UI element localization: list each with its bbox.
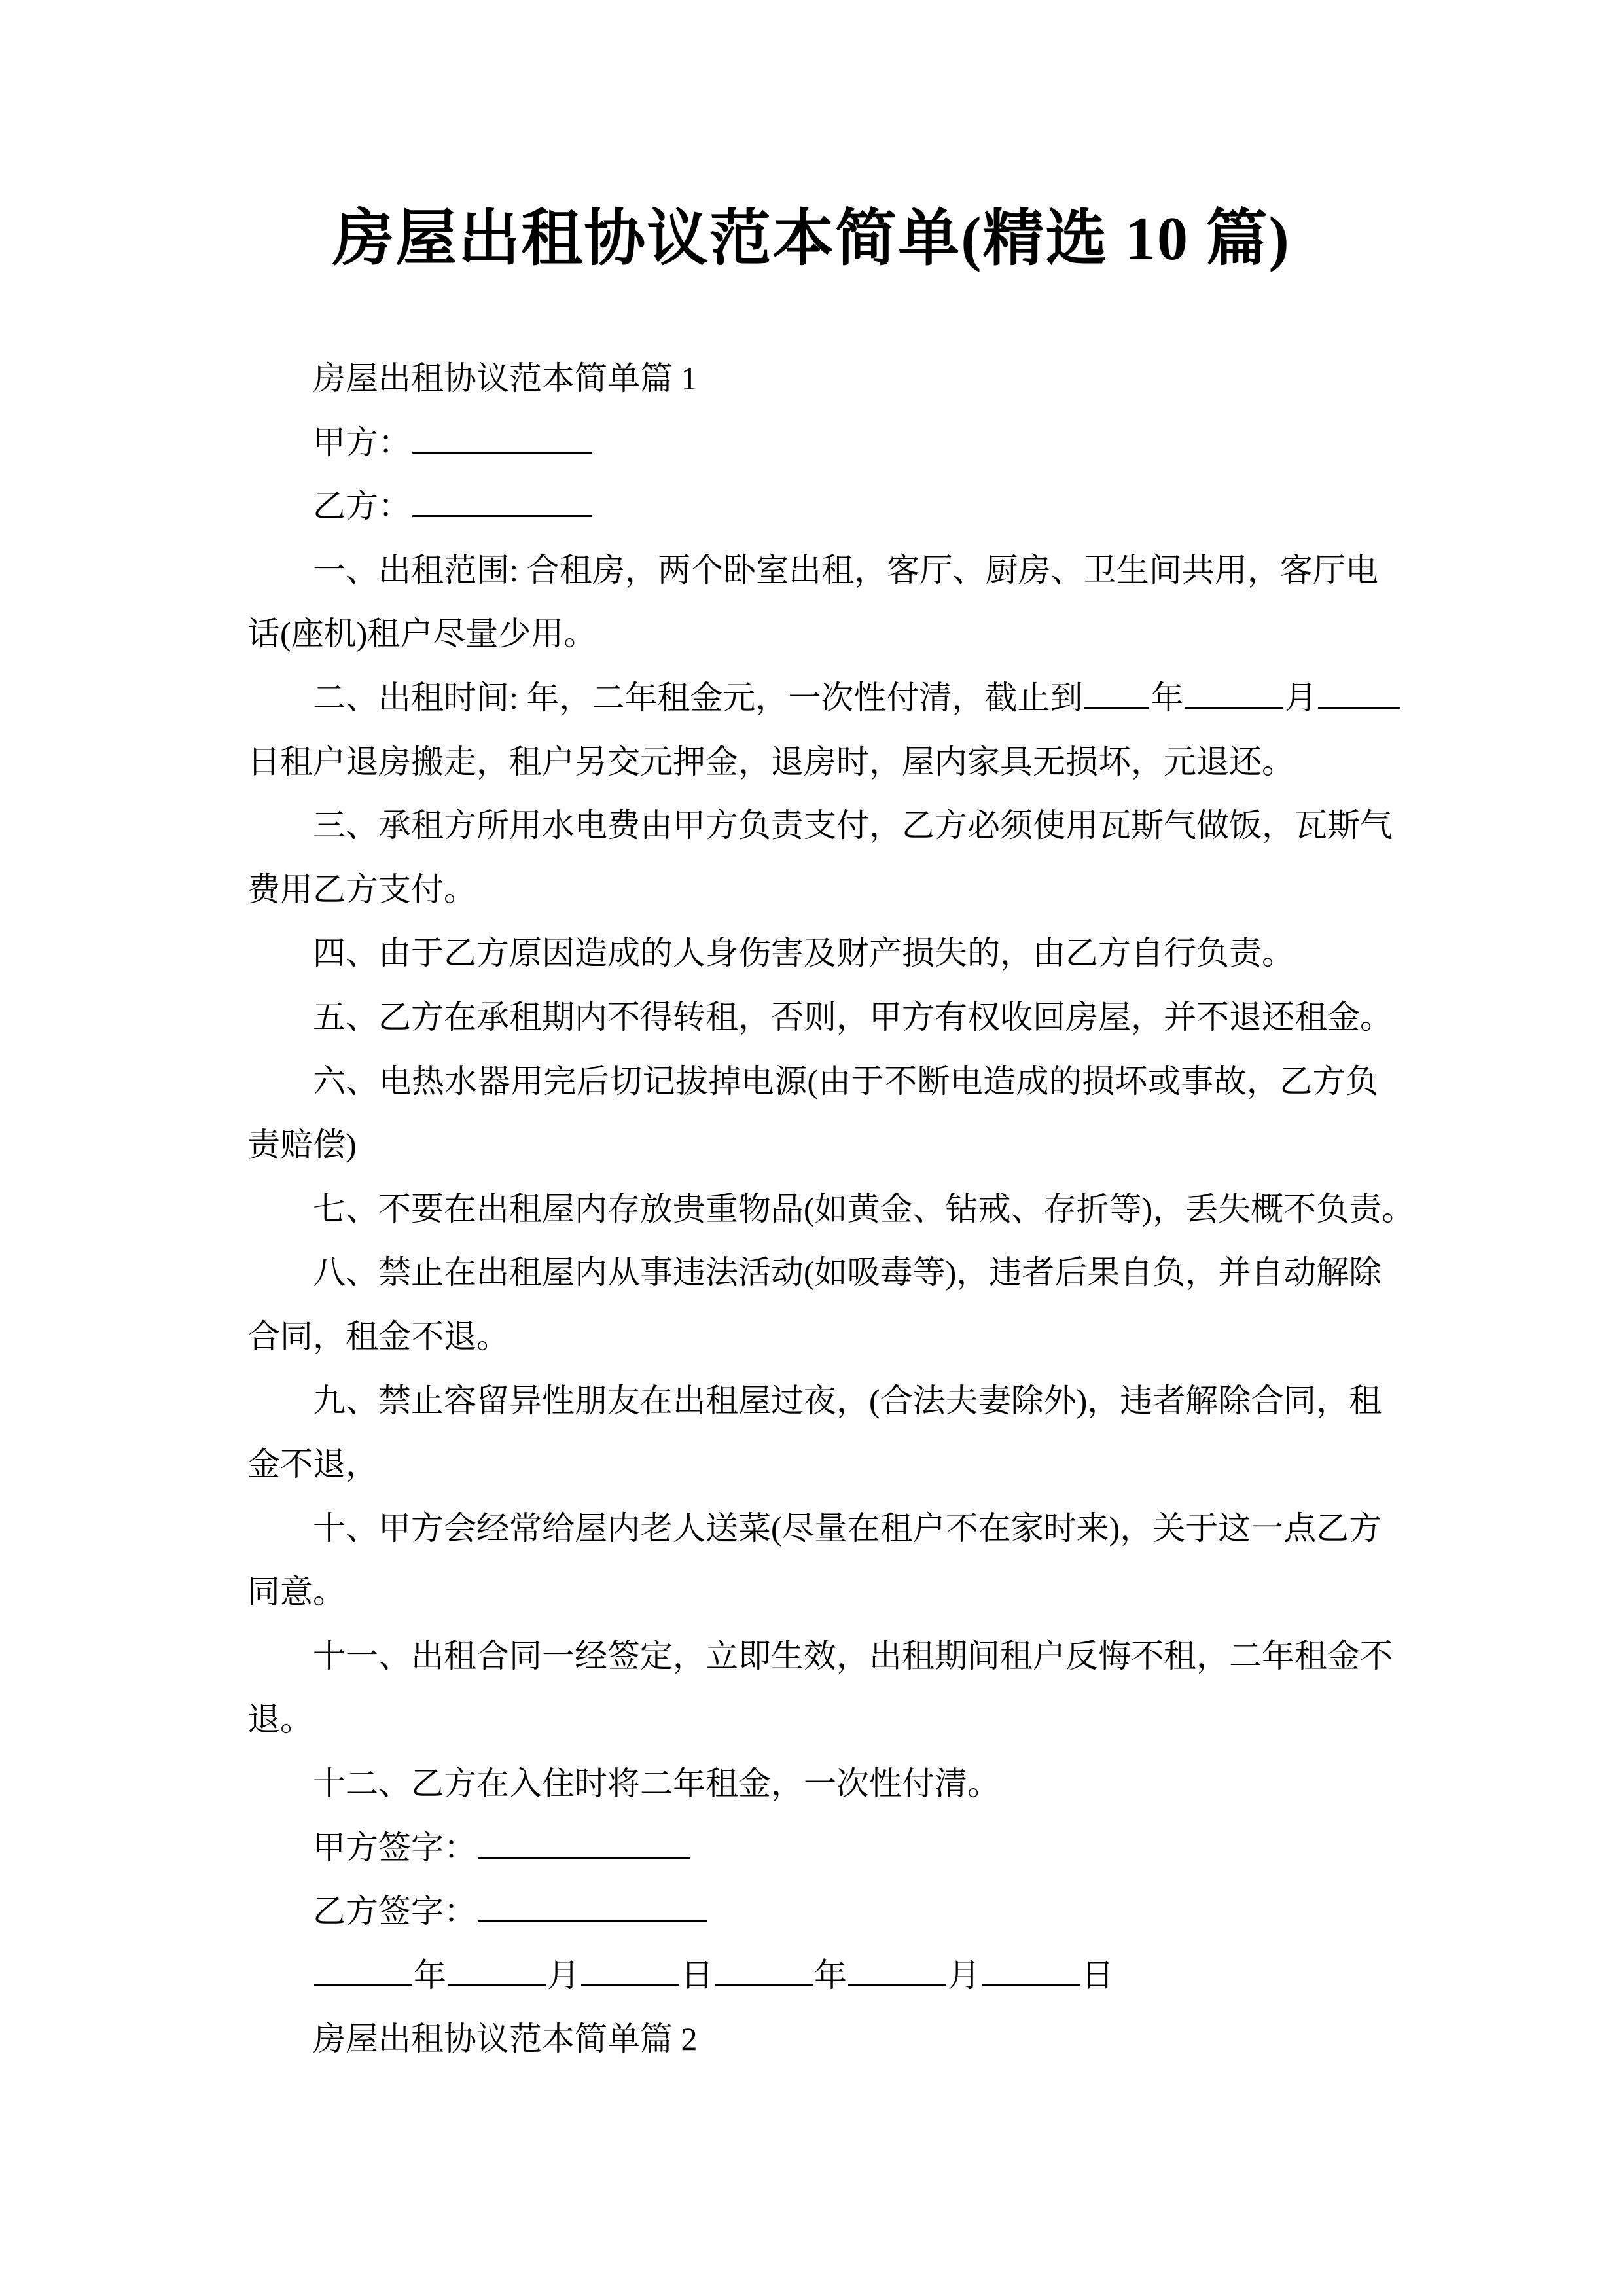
clause-2-year-blank	[1084, 677, 1149, 709]
clause-4-line-1: 四、由于乙方原因造成的人身伤害及财产损失的，由乙方自行负责。	[247, 922, 1378, 986]
clause-8-line-1: 八、禁止在出租屋内从事违法活动(如吸毒等)，违者后果自负，并自动解除	[247, 1241, 1378, 1305]
clause-9-line-2: 金不退，	[247, 1433, 1378, 1497]
clause-6-line-2: 责赔偿)	[247, 1113, 1378, 1177]
clause-6-line-1: 六、电热水器用完后切记拔掉电源(由于不断电造成的损坏或事故，乙方负	[247, 1050, 1378, 1114]
party-b-line: 乙方：	[247, 475, 1378, 539]
party-a-signature-blank	[478, 1827, 690, 1859]
clause-2-month-label: 月	[1284, 679, 1317, 716]
clause-7-line-1: 七、不要在出租屋内存放贵重物品(如黄金、钻戒、存折等)，丢失概不负责。	[247, 1177, 1378, 1242]
clause-2-year-label: 年	[1150, 679, 1183, 716]
date-line: 年月日年月日	[247, 1944, 1378, 2008]
date-blank-6	[982, 1955, 1080, 1986]
date-seg-2: 月	[446, 1944, 580, 2008]
party-a-label: 甲方：	[313, 424, 411, 461]
party-a-blank	[412, 422, 592, 454]
clause-2-day-blank	[1318, 677, 1400, 709]
clause-5-line-1: 五、乙方在承租期内不得转租，否则，甲方有权收回房屋，并不退还租金。	[247, 986, 1378, 1050]
party-b-signature-blank	[478, 1891, 707, 1922]
party-b-signature-line: 乙方签字：	[247, 1880, 1378, 1944]
clause-8-line-2: 合同，租金不退。	[247, 1305, 1378, 1369]
clause-11-line-1: 十一、出租合同一经签定，立即生效，出租期间租户反悔不租，二年租金不	[247, 1624, 1378, 1689]
clause-2-text: 二、出租时间: 年，二年租金元，一次性付清，截止到	[313, 679, 1082, 716]
section-heading-1: 房屋出租协议范本简单篇 1	[247, 347, 1378, 411]
date-seg-4: 年	[713, 1944, 847, 2008]
date-seg-5: 月	[847, 1944, 980, 2008]
date-blank-4	[715, 1955, 813, 1986]
clause-9-line-1: 九、禁止容留异性朋友在出租屋过夜，(合法夫妻除外)，违者解除合同，租	[247, 1369, 1378, 1433]
clause-3-line-1: 三、承租方所用水电费由甲方负责支付，乙方必须使用瓦斯气做饭，瓦斯气	[247, 794, 1378, 858]
party-b-signature-label: 乙方签字：	[313, 1893, 476, 1929]
clause-10-line-1: 十、甲方会经常给屋内老人送菜(尽量在租户不在家时来)，关于这一点乙方	[247, 1497, 1378, 1561]
date-label-month-1: 月	[547, 1957, 580, 1994]
date-label-year-1: 年	[414, 1957, 446, 1994]
date-seg-3: 日	[580, 1944, 713, 2008]
date-label-year-2: 年	[814, 1957, 847, 1994]
section-heading-2: 房屋出租协议范本简单篇 2	[247, 2007, 1378, 2072]
party-a-line: 甲方：	[247, 411, 1378, 475]
document-page: 房屋出租协议范本简单(精选 10 篇) 房屋出租协议范本简单篇 1 甲方： 乙方…	[0, 0, 1623, 2296]
clause-10-line-2: 同意。	[247, 1560, 1378, 1624]
party-b-label: 乙方：	[313, 488, 411, 524]
date-label-day-2: 日	[1081, 1957, 1114, 1994]
document-title: 房屋出租协议范本简单(精选 10 篇)	[0, 200, 1623, 278]
date-blank-2	[448, 1955, 546, 1986]
clause-11-line-2: 退。	[247, 1688, 1378, 1752]
date-blank-3	[581, 1955, 679, 1986]
clause-3-line-2: 费用乙方支付。	[247, 858, 1378, 922]
clause-1-line-1: 一、出租范围: 合租房，两个卧室出租，客厅、厨房、卫生间共用，客厅电	[247, 539, 1378, 603]
clause-2-line-2: 日租户退房搬走，租户另交元押金，退房时，屋内家具无损坏，元退还。	[247, 730, 1378, 795]
party-b-blank	[412, 486, 592, 517]
document-body: 房屋出租协议范本简单篇 1 甲方： 乙方： 一、出租范围: 合租房，两个卧室出租…	[247, 347, 1378, 2072]
party-a-signature-line: 甲方签字：	[247, 1816, 1378, 1880]
date-blank-5	[848, 1955, 946, 1986]
date-label-day-1: 日	[681, 1957, 713, 1994]
date-blank-1	[314, 1955, 412, 1986]
clause-1-line-2: 话(座机)租户尽量少用。	[247, 602, 1378, 666]
party-a-signature-label: 甲方签字：	[313, 1829, 476, 1866]
clause-2-month-blank	[1185, 677, 1283, 709]
date-seg-1: 年	[313, 1944, 446, 2008]
date-label-month-2: 月	[948, 1957, 980, 1994]
date-seg-6: 日	[980, 1944, 1114, 2008]
clause-2-line-1: 二、出租时间: 年，二年租金元，一次性付清，截止到年月	[247, 666, 1378, 730]
clause-12-line-1: 十二、乙方在入住时将二年租金，一次性付清。	[247, 1752, 1378, 1816]
